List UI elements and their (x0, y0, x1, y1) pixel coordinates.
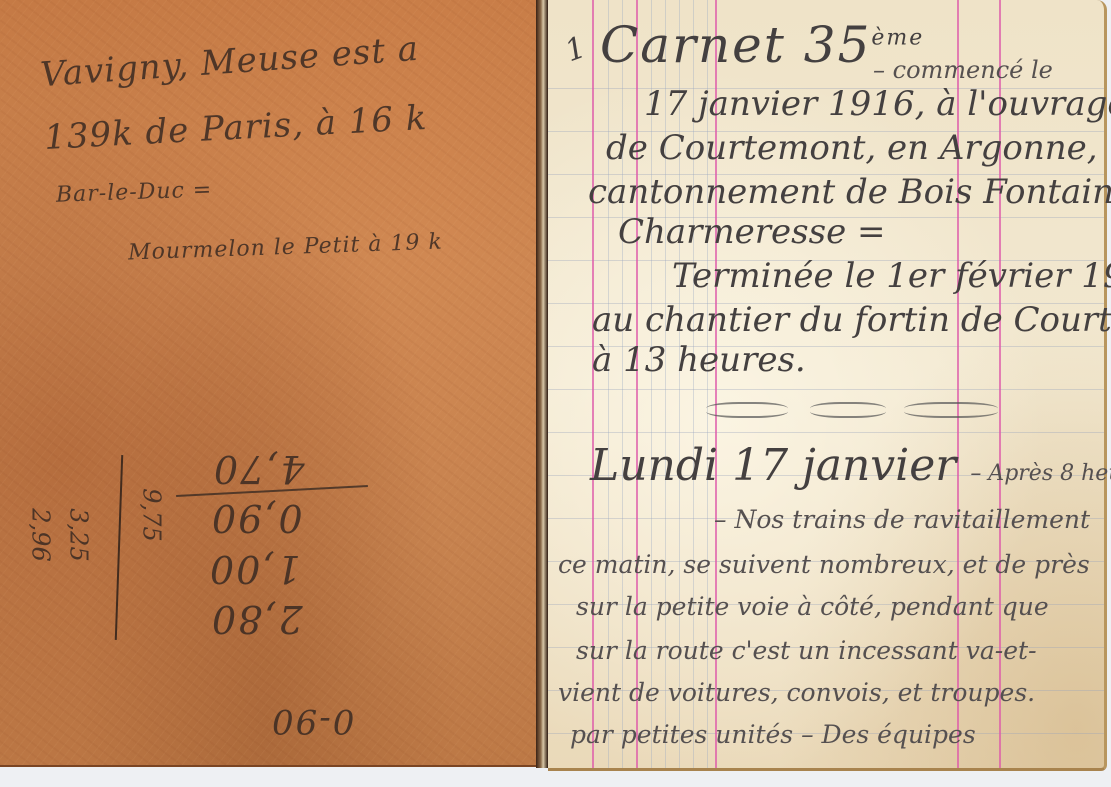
entry-line-5: vient de voitures, convois, et troupes. (558, 678, 1035, 707)
end-line-3: à 13 heures. (592, 340, 806, 380)
notebook-spine (536, 0, 548, 768)
entry-time: – Après 8 heures – (970, 461, 1111, 486)
entry-line-6: par petites unités – Des équipes (570, 720, 976, 749)
margin-figure-2: 3,25 (64, 508, 94, 561)
header-line-4: Charmeresse = (618, 212, 885, 252)
entry-line-3: sur la petite voie à côté, pendant que (576, 592, 1049, 621)
header-line-2: de Courtemont, en Argonne, (606, 128, 1098, 168)
ruled-line (548, 389, 1104, 390)
divider-squiggle (706, 402, 788, 418)
right-lined-page: 1 Carnet 35ème – commencé le 17 janvier … (548, 0, 1107, 771)
left-cover-page: Vavigny, Meuse est a 139k de Paris, à 16… (0, 0, 538, 767)
calc-value-2: 1,00 (208, 548, 301, 590)
end-line-1: Terminée le 1er février 1916 (672, 256, 1111, 296)
title-suffix: ème (871, 25, 924, 50)
end-line-2: au chantier du fortin de Courtemont (592, 300, 1111, 340)
page-number: 1 (561, 30, 591, 69)
header-line-1: 17 janvier 1916, à l'ouvrage (644, 84, 1111, 124)
calc-value-3: 0,90 (210, 497, 303, 539)
divider-squiggle (810, 402, 886, 418)
calc-total: 4,70 (212, 448, 305, 490)
title-commence: – commencé le (873, 56, 1053, 84)
header-line-3: cantonnement de Bois Fontaine (588, 172, 1111, 212)
title-number: 35 (804, 16, 872, 74)
entry-heading: Lundi 17 janvier (590, 440, 956, 491)
ruled-line (548, 432, 1104, 433)
title-word: Carnet (600, 16, 786, 74)
entry-line-4: sur la route c'est un incessant va-et- (576, 636, 1037, 665)
entry-line-1: – Nos trains de ravitaillement (714, 505, 1090, 534)
entry-heading-row: Lundi 17 janvier – Après 8 heures – (590, 440, 1111, 491)
calc-value-1: 2,80 (210, 598, 303, 640)
calc-bottom-note: 0-90 (270, 700, 354, 742)
margin-figure-1: 2,96 (26, 508, 56, 561)
divider-squiggle (904, 402, 998, 418)
notebook-scan: Vavigny, Meuse est a 139k de Paris, à 16… (0, 0, 1111, 787)
entry-line-2: ce matin, se suivent nombreux, et de prè… (558, 550, 1090, 579)
margin-figure-3: 9,75 (137, 488, 167, 541)
